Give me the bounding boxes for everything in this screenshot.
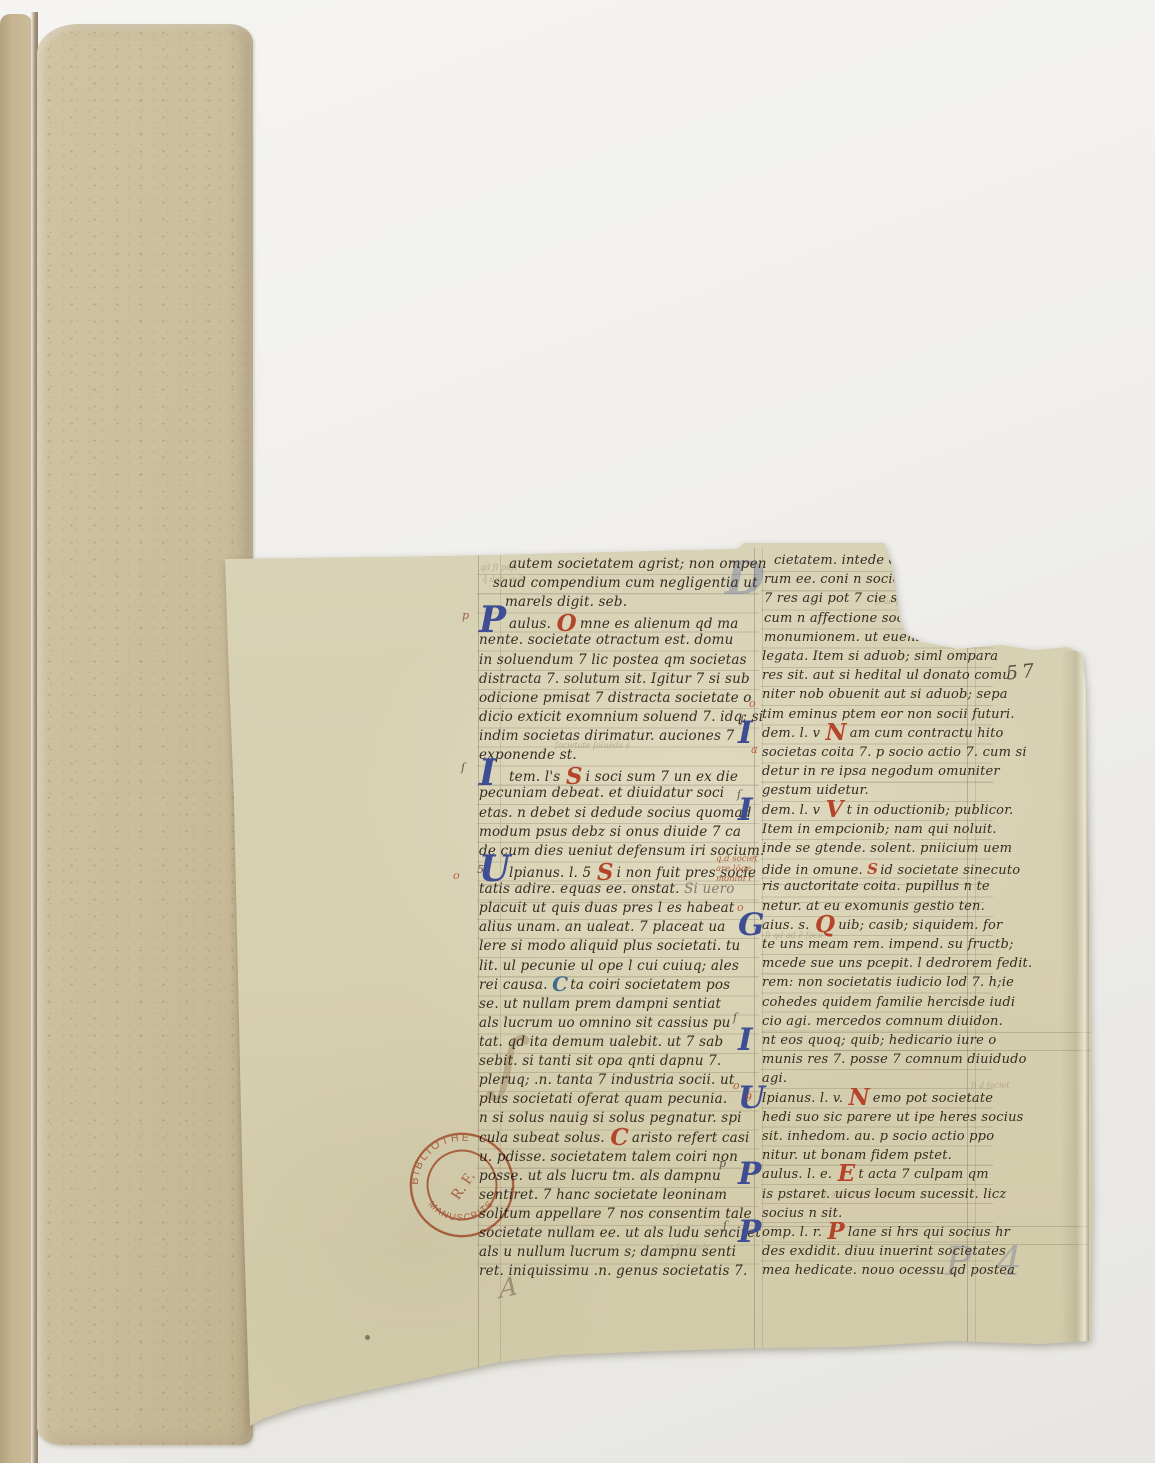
text-segment: dide in omune.	[762, 863, 867, 878]
text-line: cum n affectione societati	[762, 611, 940, 631]
initial-red: N	[826, 719, 847, 746]
text-segment: dicio exticit exomnium soluend 7. idq; s…	[479, 709, 763, 725]
margin-mark: ſ	[740, 713, 744, 726]
text-segment: niter nob obuenit aut si aduob; sepa	[762, 687, 1008, 702]
faded-gloss: ſi qd ad ē ſocıı	[765, 931, 823, 940]
text-segment: marels digit. seb.	[505, 594, 627, 610]
text-segment: societas coita 7. p socio actio 7. cum s…	[762, 745, 1027, 760]
faded-gloss: h geſtıone 7 actıoe ſ;	[823, 1189, 907, 1198]
text-line: modum psus debz si onus diuide 7 ca	[479, 824, 741, 844]
text-line: pleruq; .n. tanta 7 industria socii. ut	[479, 1072, 735, 1092]
text-segment: modum psus debz si onus diuide 7 ca	[479, 824, 741, 840]
text-segment: 7 res agi pot 7 cie societe	[764, 591, 939, 606]
text-segment: inde se gtende. solent. pniicium uem	[762, 841, 1012, 856]
text-segment: munis res 7. posse 7 comnum diuidudo	[762, 1052, 1027, 1067]
text-segment: cohedes quidem familie hercisde iudi	[762, 995, 1015, 1010]
margin-mark: p	[719, 1157, 726, 1170]
gloss-line: q.d societ	[716, 854, 758, 864]
text-segment: res sit. aut si hedital ul donato comu	[762, 668, 1011, 683]
text-segment: cum n affectione societati	[764, 611, 940, 626]
text-segment: emo pot societate	[873, 1091, 993, 1106]
text-line: munis res 7. posse 7 comnum diuidudo	[762, 1052, 1027, 1072]
text-line: Ulpianus. l. 5 Si non fuit pres socie	[479, 862, 756, 882]
text-segment: pleruq; .n. tanta 7 industria socii. ut	[479, 1072, 735, 1088]
text-segment: autem societatem agrist; non ompen	[509, 556, 767, 572]
margin-mark: ſ	[461, 761, 465, 774]
text-line: ret. iniquissimu .n. genus societatis 7.	[479, 1263, 747, 1283]
margin-mark: o	[733, 1079, 740, 1092]
initial-red: C	[610, 1124, 629, 1151]
text-line: hedi suo sic parere ut ipe heres socius	[762, 1110, 1024, 1130]
text-line: des exdidit. diuu inuerint societates	[762, 1244, 1006, 1264]
initial-red: E	[838, 1160, 856, 1187]
text-line: tatis adire. equas ee. onstat. Si uero	[479, 881, 735, 901]
folio-number: 57	[1005, 659, 1039, 684]
text-segment: mea hedicate. nouo ocessu qd postea	[762, 1263, 1015, 1278]
text-segment: nitur. ut bonam fidem pstet.	[762, 1148, 952, 1163]
text-segment: monumionem. ut euenit. int	[764, 630, 952, 645]
text-line: cietatem. intede optet. u	[762, 553, 941, 573]
text-segment: mcede sue uns pcepit. l dedrorem fedit.	[762, 956, 1032, 971]
guard-page	[37, 24, 253, 1445]
text-segment: tat. qd ita demum ualebit. ut 7 sab	[479, 1034, 723, 1050]
initial-red: V	[826, 796, 844, 823]
text-line: Paulus. l. e. Et acta 7 culpam qm	[762, 1167, 989, 1187]
faded-gloss: qd ſi puſt	[480, 563, 517, 572]
text-line: mcede sue uns pcepit. l dedrorem fedit.	[762, 956, 1032, 976]
text-segment: alius unam. an ualeat. 7 placeat ua	[479, 919, 726, 935]
text-segment: id societate sinecuto	[880, 863, 1020, 878]
text-segment: legata. Item si aduob; siml ompara	[762, 649, 998, 664]
text-line: alius unam. an ualeat. 7 placeat ua	[479, 919, 726, 939]
text-segment: pecuniam debeat. et diuidatur soci	[479, 785, 724, 801]
text-line: netur. at eu exomunis gestio ten.	[762, 899, 985, 919]
text-segment: des exdidit. diuu inuerint societates	[762, 1244, 1006, 1259]
text-line: Item. l's Si soci sum 7 un ex die	[479, 766, 738, 786]
text-line: detur in re ipsa negodum omuniter	[762, 764, 1000, 784]
text-line: Int eos quoq; quib; hedicario iure o	[762, 1033, 996, 1053]
faded-gloss: q̃ deb; mō	[482, 575, 522, 584]
text-segment: etas. n debet si dedude socius quomad	[479, 805, 752, 821]
text-line: rum ee. coni n societas nis	[762, 572, 945, 592]
text-segment: nt eos quoq; quib; hedicario iure o	[762, 1033, 996, 1048]
initial-blue: I	[479, 766, 509, 780]
initial-red: P	[827, 1218, 845, 1245]
text-segment: gestum uidetur.	[762, 783, 869, 798]
gloss-line: monim r	[716, 874, 758, 884]
initial-blue: I	[738, 1027, 753, 1053]
text-segment: hedi suo sic parere ut ipe heres socius	[762, 1110, 1024, 1125]
text-line: res sit. aut si hedital ul donato comu	[762, 668, 1011, 688]
margin-mark: o	[749, 697, 756, 710]
text-line: Pomp. l. r. Plane si hrs qui socius hr	[762, 1225, 1010, 1245]
text-segment: Item in empcionib; nam qui noluit.	[762, 822, 997, 837]
text-segment: lit. ul pecunie ul ope l cui cuiuq; ales	[479, 958, 739, 974]
margin-mark: 9	[745, 1091, 752, 1104]
text-segment: lane si hrs qui socius hr	[848, 1225, 1010, 1240]
faded-gloss: ut ſer pndr	[665, 1243, 709, 1252]
text-segment: aristo refert casi	[632, 1130, 750, 1146]
text-segment: mne es alienum qd ma	[580, 616, 739, 632]
text-segment: se. ut nullam prem dampni sentiat	[479, 996, 721, 1012]
text-line: societate nullam ee. ut als ludu sencire…	[479, 1225, 761, 1245]
initial-blue: P	[738, 1219, 762, 1245]
margin-mark: o	[737, 901, 744, 914]
text-line: cio agi. mercedos comnum diuidon.	[762, 1014, 1003, 1034]
text-segment: omp. l. r.	[762, 1225, 826, 1240]
text-segment: cietatem. intede optet. u	[774, 553, 941, 568]
text-line: dide in omune. Sid societate sinecuto	[762, 860, 1020, 880]
margin-mark: o	[453, 869, 460, 882]
text-line: odicione pmisat 7 distracta societate o	[479, 690, 752, 710]
text-segment: cio agi. mercedos comnum diuidon.	[762, 1014, 1003, 1029]
margin-mark: a	[751, 743, 758, 756]
text-segment: agi.	[762, 1071, 787, 1086]
text-line: gestum uidetur.	[762, 783, 869, 803]
text-line: Idem. l. v Vt in oductionib; publicor.	[762, 803, 1014, 823]
text-segment: tem. l's	[509, 769, 565, 785]
text-segment: odicione pmisat 7 distracta societate o	[479, 690, 752, 706]
text-segment: placuit ut quis duas pres l es habeat	[479, 900, 735, 916]
text-segment: t acta 7 culpam qm	[858, 1167, 989, 1182]
text-line: ris auctoritate coita. pupillus n te	[762, 879, 990, 899]
text-line: als lucrum uo omnino sit cassius pu	[479, 1015, 731, 1035]
book-page-edge-left	[0, 14, 33, 1463]
text-line: tat. qd ita demum ualebit. ut 7 sab	[479, 1034, 723, 1054]
text-line: Paulus. Omne es alienum qd ma	[479, 613, 739, 633]
text-line: Ulpianus. l. v. Nemo pot societate	[762, 1091, 993, 1111]
text-line: sebit. si tanti sit opa qnti dapnu 7.	[479, 1053, 721, 1073]
text-line: tim eminus ptem eor non socii futuri.	[762, 707, 1015, 727]
text-segment: tim eminus ptem eor non socii futuri.	[762, 707, 1015, 722]
text-line: te uns meam rem. impend. su fructb;	[762, 937, 1014, 957]
gloss-line: are löge	[716, 864, 758, 874]
text-line: autem societatem agrist; non ompen	[479, 556, 767, 576]
text-line: rem: non societatis iudicio lod 7. h;ie	[762, 975, 1014, 995]
initial-blue-inline: C	[552, 972, 568, 996]
text-segment: dem. l. v	[762, 726, 825, 741]
margin-mark: ſ	[723, 1219, 727, 1232]
text-line: plus societati oferat quam pecunia.	[479, 1091, 727, 1111]
text-line: monumionem. ut euenit. int	[762, 630, 952, 650]
text-segment: in soluendum 7 lic postea qm societas	[479, 652, 747, 668]
initial-red: N	[849, 1084, 870, 1111]
text-segment: lpianus. l. 5	[509, 865, 596, 881]
library-stamp: BIBLIOTHE MANUSCRITS R. F.	[403, 1126, 521, 1244]
text-line: nente. societate otractum est. domu	[479, 632, 734, 652]
faded-gloss: ſocietate ſoluēda ē	[555, 741, 630, 750]
text-segment: sit. inhedom. au. p socio actio ppo	[762, 1129, 994, 1144]
margin-mark: p	[462, 609, 469, 622]
text-segment: ris auctoritate coita. pupillus n te	[762, 879, 990, 894]
parchment: D ∫ A P 4 autem societatem agrist; non o…	[225, 543, 1092, 1428]
stamp-center-text: R. F.	[448, 1169, 479, 1203]
leaf-edge-fold	[1061, 651, 1089, 1347]
text-line: societas coita 7. p socio actio 7. cum s…	[762, 745, 1027, 765]
margin-gloss: q.d societ are löge monim r	[716, 854, 758, 884]
text-segment: lere si modo aliquid plus societati. tu	[479, 938, 740, 954]
text-segment: aulus. l. e.	[762, 1167, 837, 1182]
text-line: inde se gtende. solent. pniicium uem	[762, 841, 1012, 861]
text-line: rei causa. Cta coiri societatem pos	[479, 977, 730, 997]
text-segment: rei causa.	[479, 977, 552, 993]
initial-blue: G	[738, 912, 765, 938]
faded-gloss: ſī ūo þe īa	[875, 597, 915, 606]
text-segment: sebit. si tanti sit opa qnti dapnu 7.	[479, 1053, 721, 1069]
text-segment: netur. at eu exomunis gestio ten.	[762, 899, 985, 914]
text-line: placuit ut quis duas pres l es habeat	[479, 900, 735, 920]
text-segment: i soci sum 7 un ex die	[586, 769, 738, 785]
text-segment: ta coiri societatem pos	[570, 977, 730, 993]
text-line: pecuniam debeat. et diuidatur soci	[479, 785, 724, 805]
text-segment: detur in re ipsa negodum omuniter	[762, 764, 1000, 779]
text-line: dicio exticit exomnium soluend 7. idq; s…	[479, 709, 763, 729]
red-initial-small: S	[867, 860, 878, 878]
text-segment: rum ee. coni n societas nis	[764, 572, 945, 587]
text-line: legata. Item si aduob; siml ompara	[762, 649, 998, 669]
text-line: se. ut nullam prem dampni sentiat	[479, 996, 721, 1016]
margin-mark: ſ	[733, 1011, 737, 1024]
margin-mark: 5	[477, 863, 484, 876]
initial-blue: P	[479, 613, 509, 627]
text-segment: dem. l. v	[762, 803, 825, 818]
photograph: D ∫ A P 4 autem societatem agrist; non o…	[0, 0, 1155, 1463]
text-segment: am cum contractu hito	[850, 726, 1004, 741]
text-line: sit. inhedom. au. p socio actio ppo	[762, 1129, 994, 1149]
text-line: Idem. l. v Nam cum contractu hito	[762, 726, 1004, 746]
text-line: niter nob obuenit aut si aduob; sepa	[762, 687, 1008, 707]
text-line: in soluendum 7 lic postea qm societas	[479, 652, 747, 672]
initial-blue: P	[738, 1161, 762, 1187]
text-line: nitur. ut bonam fidem pstet.	[762, 1148, 952, 1168]
ink-speck	[365, 1335, 370, 1340]
text-segment: rem: non societatis iudicio lod 7. h;ie	[762, 975, 1014, 990]
text-segment: ret. iniquissimu .n. genus societatis 7.	[479, 1263, 747, 1279]
text-line: Item in empcionib; nam qui noluit.	[762, 822, 997, 842]
text-line: etas. n debet si dedude socius quomad	[479, 805, 752, 825]
text-segment: plus societati oferat quam pecunia.	[479, 1091, 727, 1107]
text-line: agi.	[762, 1071, 787, 1091]
text-line: distracta 7. solutum sit. Igitur 7 si su…	[479, 671, 750, 691]
text-segment: uib; casib; siquidem. for	[838, 918, 1002, 933]
text-line: cohedes quidem familie hercisde iudi	[762, 995, 1015, 1015]
text-line: mea hedicate. nouo ocessu qd postea	[762, 1263, 1015, 1283]
text-segment: aulus.	[509, 616, 556, 632]
text-segment: distracta 7. solutum sit. Igitur 7 si su…	[479, 671, 750, 687]
text-segment: t in oductionib; publicor.	[847, 803, 1014, 818]
text-segment: nente. societate otractum est. domu	[479, 632, 734, 648]
text-segment: saud compendium cum negligentia ut	[493, 575, 758, 591]
text-line: lere si modo aliquid plus societati. tu	[479, 938, 740, 958]
text-segment: societate nullam ee. ut als ludu sencire…	[479, 1225, 761, 1241]
faded-gloss: ſi d ſociet	[971, 1081, 1010, 1090]
text-line: lit. ul pecunie ul ope l cui cuiuq; ales	[479, 958, 739, 978]
margin-mark: ſ	[737, 788, 741, 801]
text-line: 7 res agi pot 7 cie societe	[762, 591, 939, 611]
text-segment: als lucrum uo omnino sit cassius pu	[479, 1015, 731, 1031]
text-segment: tatis adire. equas ee. onstat.	[479, 881, 684, 897]
manuscript-leaf: D ∫ A P 4 autem societatem agrist; non o…	[225, 543, 1092, 1428]
text-segment: lpianus. l. v.	[762, 1091, 848, 1106]
